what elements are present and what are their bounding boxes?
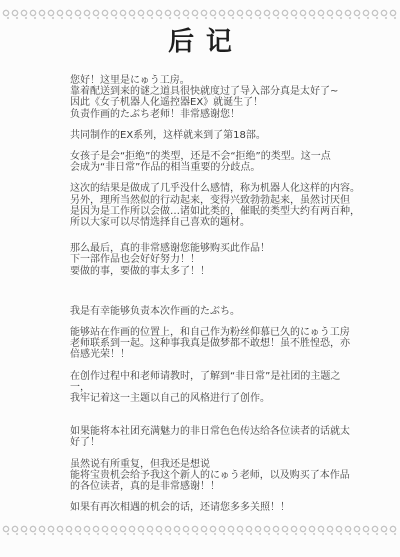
- author-section-niu: 您好！这里是にゅう工房。靠着配送到来的谜之道具很快就度过了导入部分真是太好了~因…: [70, 75, 360, 277]
- paragraph: 那么最后，真的非常感谢您能够购买此作品！下一部作品也会好好努力！！要做的事，要做…: [70, 243, 360, 277]
- paragraph: 能够站在作画的位置上，和自己作为粉丝仰慕已久的にゅう工房老师联系到一起。这种事我…: [70, 327, 360, 361]
- paragraph-line: 在创作过程中和老师请教时，了解到“非日常”是社团的主题之一，: [70, 371, 360, 393]
- paragraph-line: 如果有再次相遇的机会的话，还请您多多关照！！: [70, 502, 360, 513]
- paragraph-line: 如果能将本社团充满魅力的非日常色色传达给各位读者的话就太: [70, 426, 360, 437]
- paragraph-line: 要做的事，要做的事太多了！！: [70, 266, 360, 277]
- paragraph-line: 倍感光荣！！: [70, 349, 360, 360]
- paragraph: 如果有再次相遇的机会的话，还请您多多关照！！: [70, 502, 360, 513]
- paragraph-line: 老师联系到一起。这种事我真是做梦都不敢想！虽不胜惶恐，亦: [70, 338, 360, 349]
- decorative-lace-border-bottom: [2, 524, 398, 536]
- paragraph-line: 下一部作品也会好好努力！！: [70, 254, 360, 265]
- paragraph-line: 负责作画的たぶち老师！非常感谢您！: [70, 109, 360, 120]
- paragraph-line: 所以大家可以尽情选择自己喜欢的题材。: [70, 217, 360, 228]
- author-section-tabuchi: 我是有幸能够负责本次作画的たぶち。能够站在作画的位置上，和自己作为粉丝仰慕已久的…: [70, 306, 360, 514]
- paragraph: 在创作过程中和老师请教时，了解到“非日常”是社团的主题之一，我牢记着这一主题以自…: [70, 371, 360, 405]
- paragraph: 您好！这里是にゅう工房。靠着配送到来的谜之道具很快就度过了导入部分真是太好了~因…: [70, 75, 360, 120]
- paragraph-line: 能够站在作画的位置上，和自己作为粉丝仰慕已久的にゅう工房: [70, 327, 360, 338]
- paragraph: 虽然说有所重复，但我还是想说能将宝贵机会给予我这个新人的にゅう老师，以及购买了本…: [70, 459, 360, 493]
- paragraph-line: 因此《女子机器人化遥控器EX》就诞生了！: [70, 97, 360, 108]
- paragraph: 共同制作的EX系列，这样就来到了第18部。: [70, 130, 360, 141]
- afterword-page: 后记 您好！这里是にゅう工房。靠着配送到来的谜之道具很快就度过了导入部分真是太好…: [0, 0, 400, 557]
- paragraph-line: 我牢记着这一主题以自己的风格进行了创作。: [70, 393, 360, 404]
- paragraph-line: 另外，理所当然似的行动起来，变得兴致勃勃起来，虽然讨厌但: [70, 195, 360, 206]
- paragraph-line: 好了！: [70, 437, 360, 448]
- decorative-lace-border-top: [2, 8, 398, 20]
- paragraph-line: 能将宝贵机会给予我这个新人的にゅう老师，以及购买了本作品: [70, 470, 360, 481]
- paragraph: 如果能将本社团充满魅力的非日常色色传达给各位读者的话就太好了！: [70, 426, 360, 448]
- paragraph-line: 共同制作的EX系列，这样就来到了第18部。: [70, 130, 360, 141]
- paragraph-line: 会成为“非日常”作品的相当重要的分歧点。: [70, 162, 360, 173]
- paragraph-line: 您好！这里是にゅう工房。: [70, 75, 360, 86]
- afterword-body: 您好！这里是にゅう工房。靠着配送到来的谜之道具很快就度过了导入部分真是太好了~因…: [70, 75, 360, 513]
- paragraph-line: 这次的结果是做成了几乎没什么感情，称为机器人化这样的内容。: [70, 183, 360, 194]
- paragraph-line: 靠着配送到来的谜之道具很快就度过了导入部分真是太好了~: [70, 86, 360, 97]
- paragraph: 这次的结果是做成了几乎没什么感情，称为机器人化这样的内容。另外，理所当然似的行动…: [70, 183, 360, 228]
- paragraph-line: 是因为是工作所以会做…诸如此类的，催眠的类型大约有两百种，: [70, 206, 360, 217]
- paragraph-line: 我是有幸能够负责本次作画的たぶち。: [70, 306, 360, 317]
- paragraph-line: 的各位读者，真的是非常感谢！！: [70, 481, 360, 492]
- paragraph: 女孩子是会“拒绝”的类型，还是不会“拒绝”的类型。这一点会成为“非日常”作品的相…: [70, 151, 360, 173]
- paragraph-line: 虽然说有所重复，但我还是想说: [70, 459, 360, 470]
- paragraph-line: 那么最后，真的非常感谢您能够购买此作品！: [70, 243, 360, 254]
- paragraph-line: 女孩子是会“拒绝”的类型，还是不会“拒绝”的类型。这一点: [70, 151, 360, 162]
- paragraph: 我是有幸能够负责本次作画的たぶち。: [70, 306, 360, 317]
